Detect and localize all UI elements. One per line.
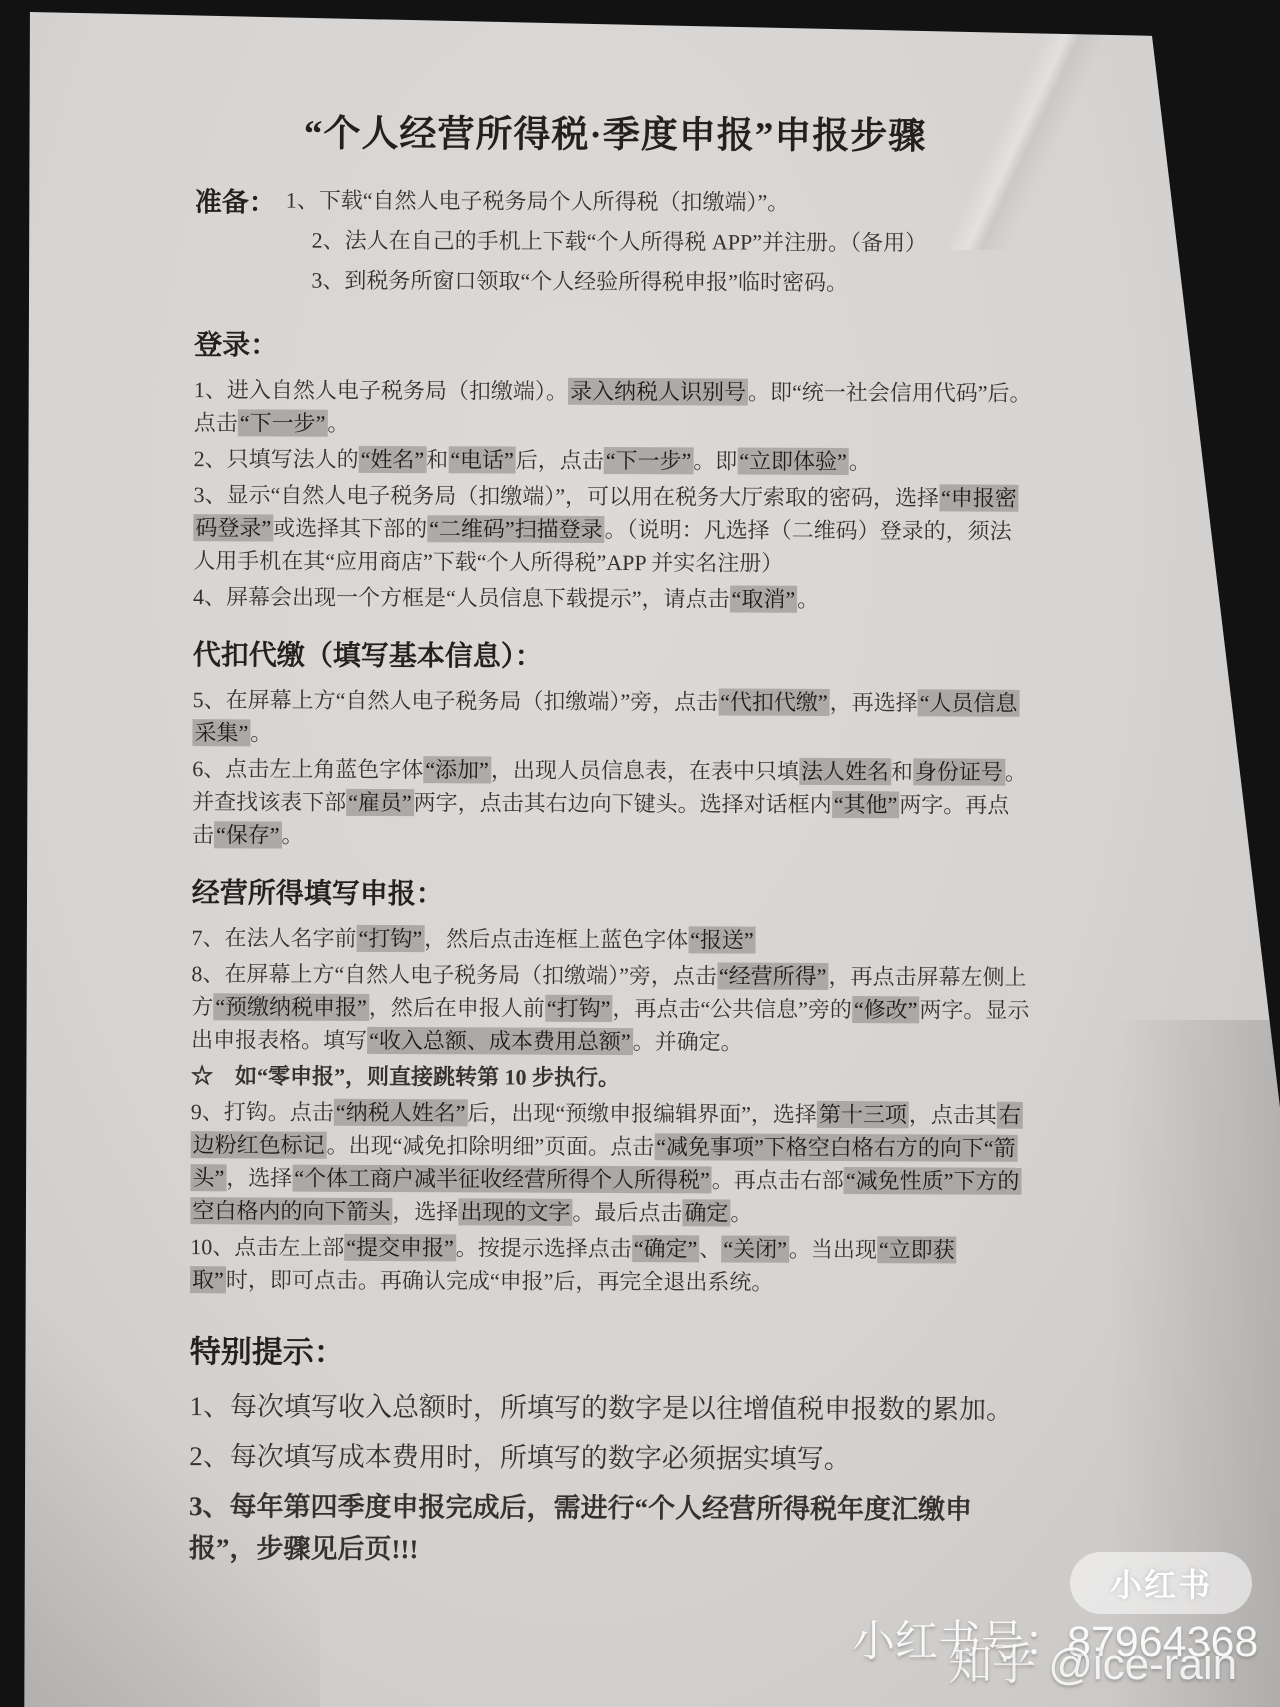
text-run: 。即: [693, 448, 737, 473]
text-run: ，选择: [392, 1199, 458, 1224]
document-content: “个人经营所得税·季度申报”申报步骤 准备： 1、下载“自然人电子税务局个人所得…: [189, 102, 1035, 1581]
tip-1: 1、每次填写收入总额时，所填写的数字是以往增值税申报数的累加。: [189, 1385, 1029, 1431]
text-run: 。按提示选择点击: [456, 1235, 632, 1261]
text-run: 。: [250, 720, 272, 745]
business-step-9: 9、打钩。点击“纳税人姓名”后，出现“预缴申报编辑界面”，选择第十三项，点击其右…: [190, 1095, 1031, 1231]
login-step-1: 1、进入自然人电子税务局（扣缴端）。录入纳税人识别号。即“统一社会信用代码”后。…: [194, 373, 1034, 443]
highlighted-phrase: “立即体验”: [737, 448, 849, 475]
highlighted-phrase: 录入纳税人识别号: [568, 378, 748, 406]
text-run: 。并确定。: [633, 1029, 743, 1054]
highlighted-phrase: “收入总额、成本费用总额”: [367, 1027, 633, 1055]
highlighted-phrase: “打钩”: [357, 925, 425, 952]
prep-item-1: 1、下载“自然人电子税务局个人所得税（扣缴端）”。: [286, 184, 928, 220]
tip-2: 2、每次填写成本费用时，所填写的数字必须据实填写。: [189, 1435, 1029, 1481]
highlighted-phrase: “姓名”: [359, 446, 427, 473]
text-run: ，然后点击连框上蓝色字体: [424, 926, 688, 952]
highlighted-phrase: “报送”: [688, 926, 756, 953]
text-run: 1、进入自然人电子税务局（扣缴端）。: [194, 377, 568, 404]
xiaohongshu-badge: 小红书: [1070, 1552, 1252, 1614]
text-run: ，再选择: [830, 690, 918, 715]
prep-item-3: 3、到税务所窗口领取“个人经验所得税申报”临时密码。: [311, 264, 927, 300]
text-run: 时，即可点击。再确认完成“申报”后，再完全退出系统。: [226, 1267, 774, 1294]
highlighted-phrase: 身份证号: [913, 758, 1005, 785]
text-run: 。: [730, 1201, 752, 1226]
text-run: 后，点击: [516, 448, 604, 473]
text-run: 。: [327, 411, 349, 436]
section-heading-tips: 特别提示：: [190, 1326, 1030, 1375]
text-run: 5、在屏幕上方“自然人电子税务局（扣缴端）”旁，点击: [193, 687, 719, 714]
text-run: ，选择: [226, 1165, 292, 1190]
text-run: ，点击其: [909, 1102, 997, 1127]
section-heading-login: 登录：: [194, 323, 1034, 367]
highlighted-phrase: “打钩”: [545, 995, 613, 1022]
highlighted-phrase: “取消”: [730, 586, 798, 613]
highlighted-phrase: “纳税人姓名”: [334, 1099, 468, 1127]
text-run: 两字，点击其右边向下键头。选择对话框内: [414, 790, 832, 817]
text-run: ，然后在申报人前: [369, 995, 545, 1021]
photo-of-tax-document: { "doc": { "title": "“个人经营所得税·季度申报”申报步骤"…: [0, 0, 1280, 1707]
text-run: ，再点击“公共信息”旁的: [612, 996, 852, 1022]
text-run: 7、在法人名字前: [192, 925, 357, 951]
text-run: 或选择其下部的: [273, 516, 427, 542]
highlighted-phrase: “修改”: [852, 996, 920, 1023]
highlighted-phrase: “下一步”: [238, 409, 328, 436]
highlighted-phrase: “关闭”: [721, 1235, 789, 1262]
highlighted-phrase: “代扣代缴”: [718, 688, 830, 715]
highlighted-phrase: 确定: [682, 1199, 730, 1226]
highlighted-phrase: “提交申报”: [344, 1234, 456, 1261]
zero-filing-note: ☆ 如“零申报”，则直接跳转第 10 步执行。: [191, 1059, 1031, 1096]
text-run: 和: [891, 759, 913, 784]
tip-3: 3、每年第四季度申报完成后，需进行“个人经营所得税年度汇缴申报”，步骤见后页!!…: [189, 1485, 1029, 1573]
highlighted-phrase: “雇员”: [346, 789, 414, 816]
text-run: 3、显示“自然人电子税务局（扣缴端）”，可以用在税务大厅索取的密码，选择: [193, 482, 939, 510]
highlighted-phrase: “二维码”扫描登录: [427, 515, 605, 543]
prep-heading: 准备：: [195, 180, 276, 219]
highlighted-phrase: 出现的文字: [458, 1198, 572, 1225]
text-run: 和: [426, 447, 448, 472]
login-section: 登录： 1、进入自然人电子税务局（扣缴端）。录入纳税人识别号。即“统一社会信用代…: [193, 323, 1034, 617]
text-run: 2、只填写法人的: [194, 446, 359, 472]
prep-section: 准备： 1、下载“自然人电子税务局个人所得税（扣缴端）”。 2、法人在自己的手机…: [194, 180, 1035, 307]
text-run: 6、点击左上角蓝色字体: [192, 756, 423, 782]
prep-item-2: 2、法人在自己的手机上下载“个人所得税 APP”并注册。（备用）: [312, 224, 928, 260]
business-step-8: 8、在屏幕上方“自然人电子税务局（扣缴端）”旁，点击“经营所得”，再点击屏幕左侧…: [191, 957, 1031, 1060]
business-income-section: 经营所得填写申报： 7、在法人名字前“打钩”，然后点击连框上蓝色字体“报送” 8…: [190, 871, 1032, 1300]
highlighted-phrase: “电话”: [448, 446, 516, 473]
highlighted-phrase: “经营所得”: [717, 962, 829, 989]
highlighted-phrase: “个体工商户减半征收经营所得个人所得税”: [292, 1165, 712, 1194]
login-step-3: 3、显示“自然人电子税务局（扣缴端）”，可以用在税务大厅索取的密码，选择“申报密…: [193, 478, 1033, 581]
text-run: 。: [849, 449, 871, 474]
text-run: 8、在屏幕上方“自然人电子税务局（扣缴端）”旁，点击: [191, 961, 717, 988]
text-run: 。出现“减免扣除明细”页面。点击: [327, 1133, 655, 1159]
highlighted-phrase: “其他”: [832, 791, 900, 818]
text-run: 4、屏幕会出现一个方框是“人员信息下载提示”，请点击: [193, 584, 730, 611]
text-run: ，出现人员信息表，在表中只填: [491, 757, 799, 783]
text-run: 。再点击右部: [712, 1167, 844, 1193]
text-run: 。: [797, 587, 819, 612]
zhihu-watermark: 知乎 @ice-rain: [948, 1628, 1237, 1692]
text-run: 。最后点击: [572, 1200, 682, 1225]
business-step-10: 10、点击左上部“提交申报”。按提示选择点击“确定”、“关闭”。当出现“立即获取…: [190, 1230, 1030, 1300]
text-run: 10、点击左上部: [190, 1234, 344, 1260]
withholding-step-5: 5、在屏幕上方“自然人电子税务局（扣缴端）”旁，点击“代扣代缴”，再选择“人员信…: [192, 683, 1032, 753]
text-run: 9、打钩。点击: [191, 1099, 334, 1125]
highlighted-phrase: “添加”: [423, 756, 491, 783]
text-run: 、: [699, 1236, 721, 1261]
login-step-2: 2、只填写法人的“姓名”和“电话”后，点击“下一步”。即“立即体验”。: [194, 442, 1034, 479]
section-heading-business: 经营所得填写申报：: [192, 871, 1032, 915]
text-run: 。当出现: [789, 1237, 877, 1262]
highlighted-phrase: “确定”: [632, 1235, 700, 1262]
withholding-section: 代扣代缴（填写基本信息）： 5、在屏幕上方“自然人电子税务局（扣缴端）”旁，点击…: [192, 633, 1033, 855]
withholding-step-6: 6、点击左上角蓝色字体“添加”，出现人员信息表，在表中只填法人姓名和身份证号。并…: [192, 752, 1032, 855]
paper-sheet: “个人经营所得税·季度申报”申报步骤 准备： 1、下载“自然人电子税务局个人所得…: [0, 0, 1280, 1707]
highlighted-phrase: “预缴纳税申报”: [213, 993, 369, 1021]
document-title: “个人经营所得税·季度申报”申报步骤: [195, 102, 1035, 160]
login-step-4: 4、屏幕会出现一个方框是“人员信息下载提示”，请点击“取消”。: [193, 580, 1033, 617]
text-run: 后，出现“预缴申报编辑界面”，选择: [467, 1100, 817, 1127]
highlighted-phrase: “下一步”: [604, 447, 694, 474]
text-run: 。: [282, 823, 304, 848]
business-step-7: 7、在法人名字前“打钩”，然后点击连框上蓝色字体“报送”: [192, 921, 1032, 958]
special-tips-section: 特别提示： 1、每次填写收入总额时，所填写的数字是以往增值税申报数的累加。 2、…: [189, 1326, 1030, 1573]
section-heading-withholding: 代扣代缴（填写基本信息）：: [193, 633, 1033, 677]
highlighted-phrase: “保存”: [214, 821, 282, 848]
highlighted-phrase: 第十三项: [817, 1101, 909, 1128]
highlighted-phrase: 法人姓名: [799, 758, 891, 785]
